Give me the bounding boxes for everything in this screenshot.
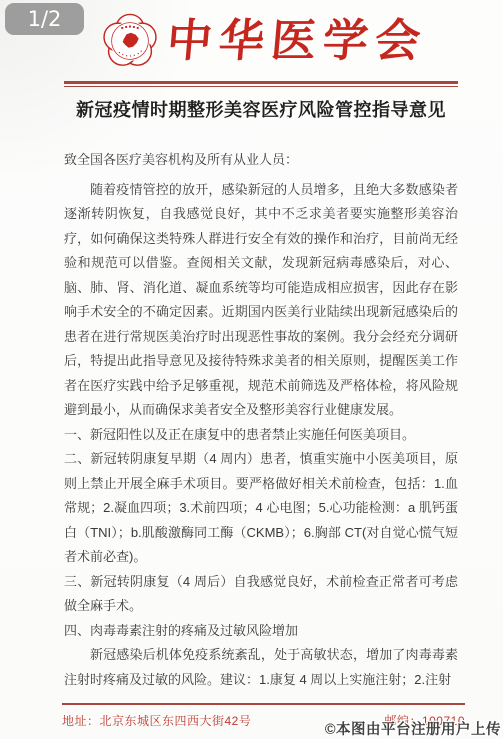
- page-indicator-badge: 1/2: [5, 3, 84, 35]
- platform-upload-watermark: ©本图由平台注册用户上传: [325, 718, 501, 739]
- org-name-calligraphy: 中华医学会: [165, 19, 429, 64]
- paragraph-item-4: 四、肉毒毒素注射的疼痛及过敏风险增加: [64, 619, 458, 644]
- salutation-line: 致全国各医疗美容机构及所有从业人员：: [64, 148, 458, 173]
- letterhead: 中华医学会: [64, 10, 458, 72]
- paragraph-item-4-detail: 新冠感染后机体免疫系统紊乱，处于高敏状态，增加了肉毒毒素注射时疼痛及过敏的风险。…: [64, 643, 458, 692]
- paragraph-item-1: 一、新冠阳性以及正在康复中的患者禁止实施任何医美项目。: [64, 423, 458, 448]
- paragraph-item-2: 二、新冠转阴康复早期（4 周内）患者，慎重实施中小医美项目，原则上禁止开展全麻手…: [64, 447, 458, 570]
- cma-emblem-icon: [101, 12, 159, 70]
- paragraph-intro: 随着疫情管控的放开，感染新冠的人员增多，且绝大多数感染者逐渐转阴恢复，自我感觉良…: [64, 178, 458, 423]
- paragraph-item-3: 三、新冠转阴康复（4 周后）自我感觉良好，术前检查正常者可考虑做全麻手术。: [64, 570, 458, 619]
- page-indicator-text: 1/2: [28, 7, 62, 31]
- image-viewer: 中华医学会 新冠疫情时期整形美容医疗风险管控指导意见 致全国各医疗美容机构及所有…: [0, 0, 503, 739]
- footer-address: 地址：北京东城区东四西大街42号: [62, 712, 251, 729]
- document-page[interactable]: 中华医学会 新冠疫情时期整形美容医疗风险管控指导意见 致全国各医疗美容机构及所有…: [0, 0, 503, 739]
- document-body: 致全国各医疗美容机构及所有从业人员： 随着疫情管控的放开，感染新冠的人员增多，且…: [64, 148, 458, 692]
- header-double-rule: [64, 81, 458, 87]
- document-title: 新冠疫情时期整形美容医疗风险管控指导意见: [64, 99, 458, 121]
